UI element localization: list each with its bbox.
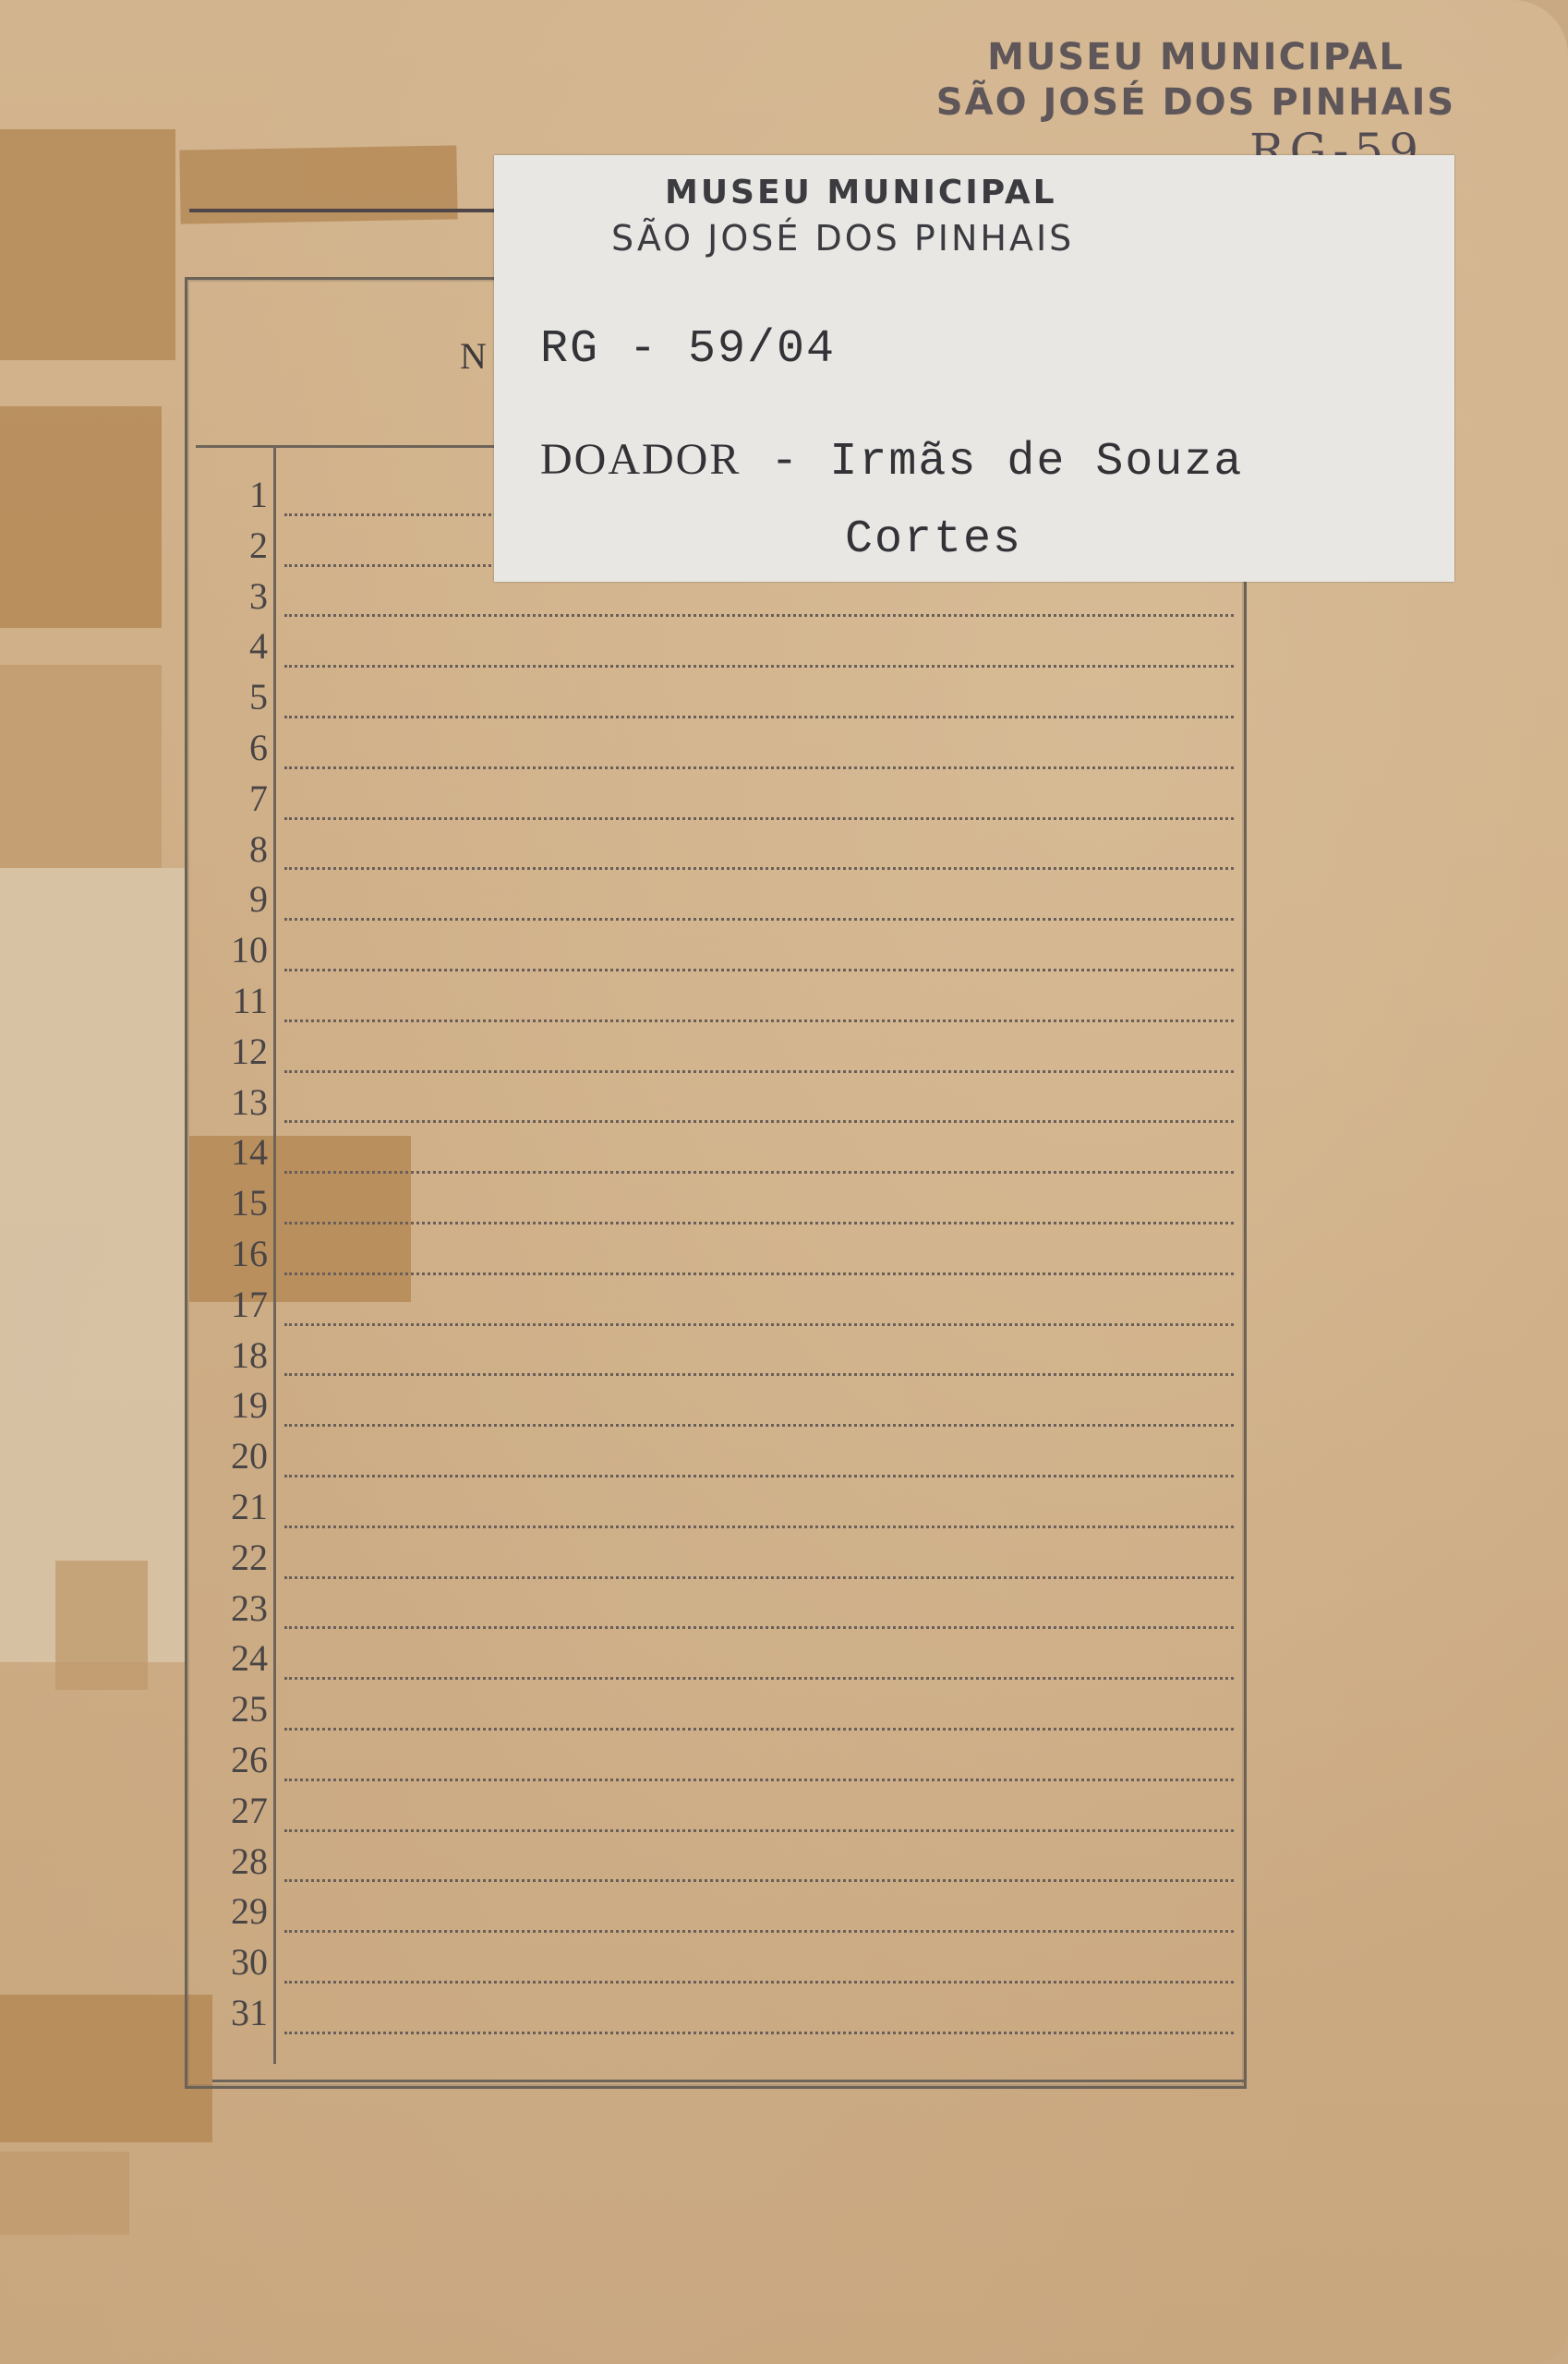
row-number: 14 bbox=[185, 1134, 268, 1171]
row-number: 29 bbox=[185, 1893, 268, 1930]
row-number: 20 bbox=[185, 1438, 268, 1475]
dotted-entry-line bbox=[284, 1626, 1234, 1629]
tape-patch bbox=[0, 665, 162, 868]
table-row: 15 bbox=[185, 1177, 1247, 1228]
table-row: 19 bbox=[185, 1380, 1247, 1430]
row-number: 23 bbox=[185, 1590, 268, 1627]
dotted-entry-line bbox=[284, 1677, 1234, 1680]
table-row: 24 bbox=[185, 1633, 1247, 1683]
dotted-entry-line bbox=[284, 1879, 1234, 1882]
row-number: 3 bbox=[185, 578, 268, 615]
table-header-partial: N bbox=[460, 334, 487, 378]
row-number: 24 bbox=[185, 1640, 268, 1677]
donor-separator: - bbox=[741, 436, 829, 488]
table-row: 17 bbox=[185, 1279, 1247, 1330]
dotted-entry-line bbox=[284, 716, 1234, 718]
table-row: 13 bbox=[185, 1077, 1247, 1128]
row-number: 12 bbox=[185, 1033, 268, 1070]
label-header-city: SÃO JOSÉ DOS PINHAIS bbox=[611, 218, 1074, 259]
tape-patch bbox=[0, 406, 162, 628]
dotted-entry-line bbox=[284, 1930, 1234, 1933]
table-row: 8 bbox=[185, 824, 1247, 874]
row-number: 19 bbox=[185, 1387, 268, 1424]
row-number: 25 bbox=[185, 1691, 268, 1728]
dotted-entry-line bbox=[284, 614, 1234, 617]
table-row: 23 bbox=[185, 1583, 1247, 1634]
row-number: 18 bbox=[185, 1337, 268, 1374]
dotted-entry-line bbox=[284, 1120, 1234, 1123]
catalog-label: MUSEU MUNICIPAL SÃO JOSÉ DOS PINHAIS RG … bbox=[494, 155, 1454, 582]
table-row: 21 bbox=[185, 1481, 1247, 1532]
dotted-entry-line bbox=[284, 817, 1234, 820]
stamp-line-2: SÃO JOSÉ DOS PINHAIS bbox=[910, 79, 1482, 126]
dotted-entry-line bbox=[284, 1779, 1234, 1781]
dotted-entry-line bbox=[284, 1323, 1234, 1326]
dotted-entry-line bbox=[284, 1373, 1234, 1376]
row-number: 16 bbox=[185, 1236, 268, 1272]
row-number: 7 bbox=[185, 780, 268, 817]
dotted-entry-line bbox=[284, 1424, 1234, 1427]
table-row: 22 bbox=[185, 1532, 1247, 1583]
dotted-entry-line bbox=[284, 1981, 1234, 1984]
dotted-entry-line bbox=[284, 1576, 1234, 1579]
museum-stamp: MUSEU MUNICIPAL SÃO JOSÉ DOS PINHAIS RG-… bbox=[910, 35, 1482, 126]
table-row: 26 bbox=[185, 1734, 1247, 1785]
dotted-entry-line bbox=[284, 918, 1234, 921]
dotted-entry-line bbox=[284, 665, 1234, 668]
donor-key: DOADOR bbox=[540, 435, 741, 484]
table-row: 14 bbox=[185, 1127, 1247, 1177]
row-number: 13 bbox=[185, 1084, 268, 1121]
dotted-entry-line bbox=[284, 1222, 1234, 1224]
table-row: 4 bbox=[185, 621, 1247, 671]
top-rule-line bbox=[189, 209, 503, 212]
row-number: 30 bbox=[185, 1944, 268, 1981]
table-row: 20 bbox=[185, 1430, 1247, 1481]
donor-value: Irmãs de Souza bbox=[829, 436, 1243, 488]
table-row: 5 bbox=[185, 671, 1247, 722]
tape-patch bbox=[0, 2152, 129, 2235]
table-row: 16 bbox=[185, 1228, 1247, 1279]
row-number: 11 bbox=[185, 983, 268, 1019]
tape-patch bbox=[0, 1995, 212, 2142]
dotted-entry-line bbox=[284, 1019, 1234, 1022]
row-number: 4 bbox=[185, 628, 268, 665]
row-number: 5 bbox=[185, 679, 268, 716]
row-number: 21 bbox=[185, 1489, 268, 1526]
dotted-entry-line bbox=[284, 1171, 1234, 1174]
row-number: 28 bbox=[185, 1843, 268, 1880]
row-number: 1 bbox=[185, 476, 268, 513]
tape-patch bbox=[0, 129, 175, 360]
row-number: 17 bbox=[185, 1286, 268, 1323]
label-header-museum: MUSEU MUNICIPAL bbox=[665, 174, 1057, 211]
table-row: 28 bbox=[185, 1836, 1247, 1887]
row-number: 15 bbox=[185, 1185, 268, 1222]
row-number: 10 bbox=[185, 932, 268, 969]
label-donor-line-2: Cortes bbox=[845, 513, 1022, 566]
dotted-entry-line bbox=[284, 1526, 1234, 1528]
row-number: 6 bbox=[185, 730, 268, 766]
register-rows: 1234567891011121314151617181920212223242… bbox=[185, 469, 1247, 2038]
tape-patch bbox=[55, 1561, 148, 1690]
table-row: 18 bbox=[185, 1330, 1247, 1381]
table-row: 12 bbox=[185, 1026, 1247, 1077]
table-row: 11 bbox=[185, 975, 1247, 1026]
table-row: 30 bbox=[185, 1936, 1247, 1987]
row-number: 22 bbox=[185, 1539, 268, 1576]
table-row: 27 bbox=[185, 1785, 1247, 1836]
dotted-entry-line bbox=[284, 1475, 1234, 1477]
table-bottom-line bbox=[212, 2080, 1247, 2082]
dotted-entry-line bbox=[284, 2032, 1234, 2034]
label-donor-line: DOADOR - Irmãs de Souza bbox=[540, 434, 1243, 488]
row-number: 27 bbox=[185, 1792, 268, 1829]
row-number: 26 bbox=[185, 1742, 268, 1779]
dotted-entry-line bbox=[284, 1272, 1234, 1275]
torn-paper-area bbox=[0, 868, 185, 1662]
dotted-entry-line bbox=[284, 1829, 1234, 1832]
dotted-entry-line bbox=[284, 1070, 1234, 1073]
table-row: 25 bbox=[185, 1683, 1247, 1734]
label-rg-number: RG - 59/04 bbox=[540, 323, 836, 376]
table-row: 6 bbox=[185, 722, 1247, 773]
table-row: 10 bbox=[185, 924, 1247, 975]
dotted-entry-line bbox=[284, 867, 1234, 870]
table-row: 29 bbox=[185, 1886, 1247, 1936]
dotted-entry-line bbox=[284, 1728, 1234, 1731]
stamp-line-1: MUSEU MUNICIPAL bbox=[910, 35, 1482, 79]
dotted-entry-line bbox=[284, 969, 1234, 971]
table-row: 31 bbox=[185, 1987, 1247, 2038]
row-number: 9 bbox=[185, 881, 268, 918]
dotted-entry-line bbox=[284, 766, 1234, 769]
table-row: 9 bbox=[185, 874, 1247, 924]
table-row: 7 bbox=[185, 773, 1247, 824]
row-number: 8 bbox=[185, 831, 268, 868]
row-number: 2 bbox=[185, 527, 268, 564]
row-number: 31 bbox=[185, 1995, 268, 2032]
